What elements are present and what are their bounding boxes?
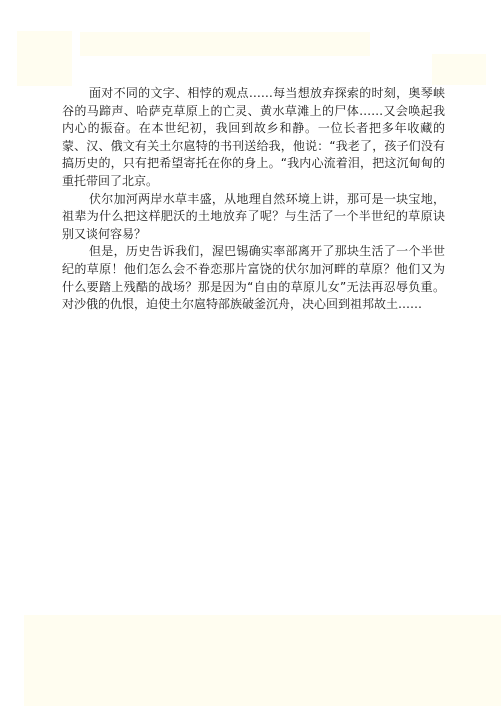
paragraph-1: 面对不同的文字、相悖的观点……每当想放弃探索的时刻，奥琴峡谷的马蹄声、哈萨克草原… <box>62 85 445 191</box>
paragraph-2: 伏尔加河两岸水草丰盛，从地理自然环境上讲，那可是一块宝地，祖辈为什么把这样肥沃的… <box>62 191 445 244</box>
highlight-block-top-right <box>432 54 486 85</box>
highlight-block-top-bar <box>80 32 370 56</box>
document-page: 面对不同的文字、相悖的观点……每当想放弃探索的时刻，奥琴峡谷的马蹄声、哈萨克草原… <box>0 0 501 711</box>
body-text: 面对不同的文字、相悖的观点……每当想放弃探索的时刻，奥琴峡谷的马蹄声、哈萨克草原… <box>62 85 445 314</box>
highlight-block-bottom <box>24 615 501 706</box>
paragraph-3: 但是，历史告诉我们，渥巴锡确实率部离开了那块生活了一个半世纪的草原！他们怎么会不… <box>62 243 445 313</box>
highlight-block-top-left <box>17 31 72 86</box>
